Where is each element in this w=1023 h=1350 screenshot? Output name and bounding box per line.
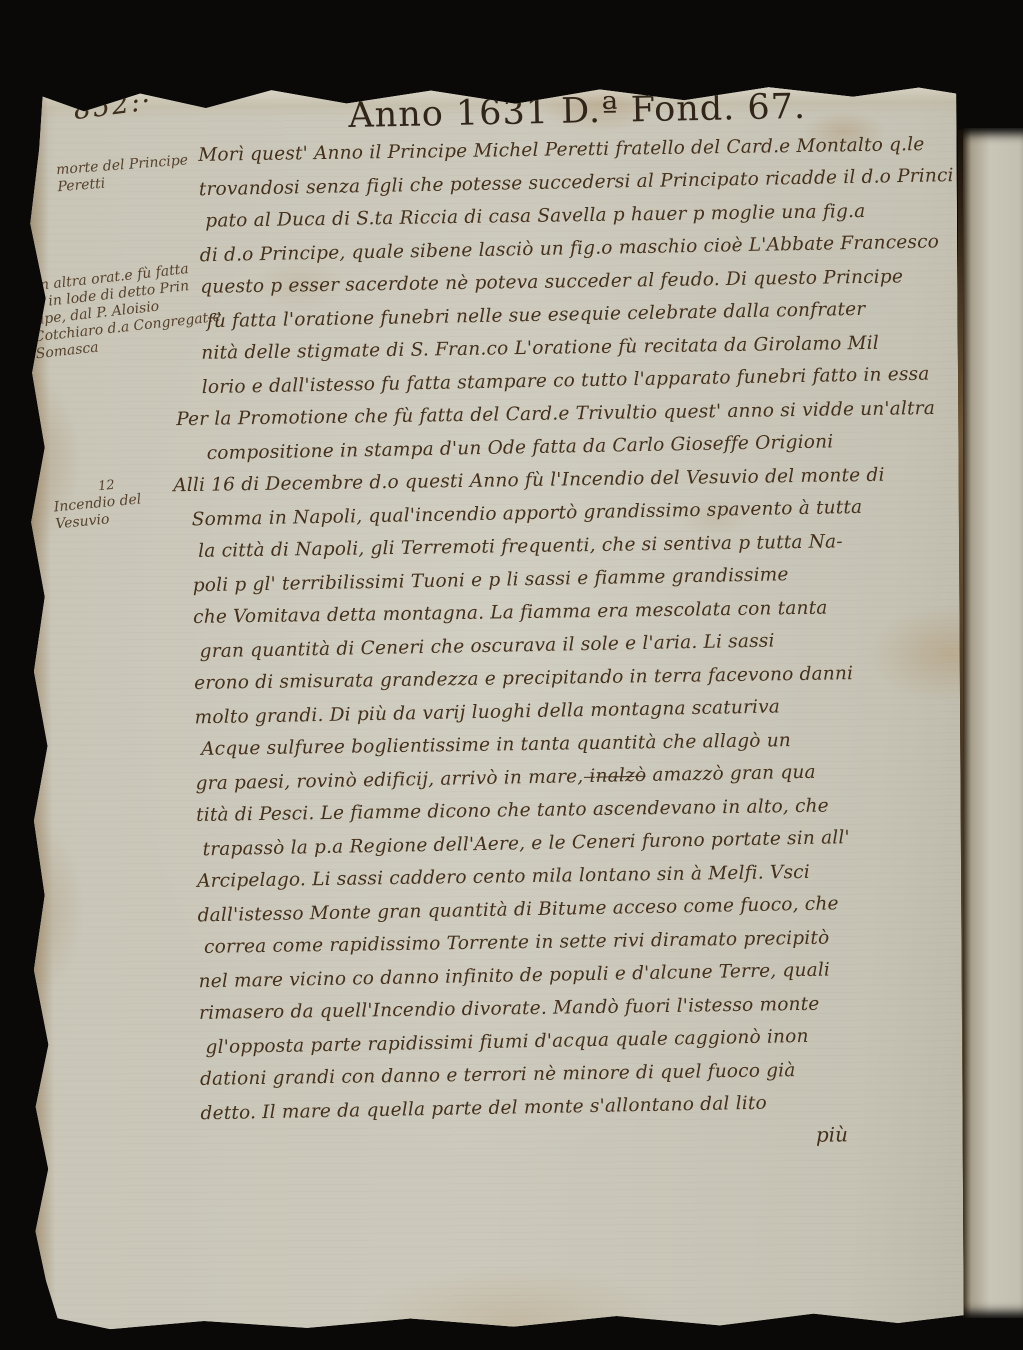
margin-note-death-of-prince: morte del Principe Peretti: [56, 152, 190, 196]
margin-note-vesuvius: 12 Incendio del Vesuvio: [52, 474, 144, 533]
torn-edge-left: [18, 87, 56, 1331]
paragraph-vesuvius-eruption: Alli 16 di Decembre d.o questi Anno fù l…: [177, 458, 932, 1129]
manuscript-page: 852:· Anno 1631 D.ª Fond. 67. morte del …: [18, 81, 964, 1331]
manuscript-photo: 852:· Anno 1631 D.ª Fond. 67. morte del …: [0, 0, 1023, 1350]
manuscript-body: Morì quest' Anno il Principe Michel Pere…: [172, 128, 932, 1159]
paragraph-prince-peretti: Morì quest' Anno il Principe Michel Pere…: [172, 128, 921, 403]
paragraph-promotion-trivultio: Per la Promotione che fù fatta del Card.…: [176, 392, 922, 469]
facing-page-edge: [963, 128, 1023, 1318]
page-title: Anno 1631 D.ª Fond. 67.: [348, 87, 806, 136]
